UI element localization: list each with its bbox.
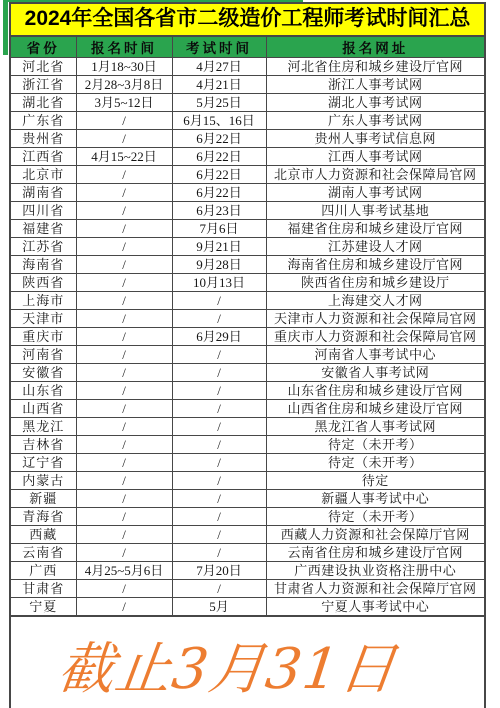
table-cell: /	[76, 346, 172, 364]
table-row: 浙江省2月28~3月8日4月21日浙江人事考试网	[10, 76, 485, 94]
table-row: 上海市//上海建交人才网	[10, 292, 485, 310]
table-row: 新疆//新疆人事考试中心	[10, 490, 485, 508]
table-cell: 陕西省住房和城乡建设厅	[266, 274, 485, 292]
table-row: 甘肃省//甘肃省人力资源和社会保障厅官网	[10, 580, 485, 598]
table-cell: /	[76, 130, 172, 148]
table-row: 陕西省/10月13日陕西省住房和城乡建设厅	[10, 274, 485, 292]
table-cell: 2月28~3月8日	[76, 76, 172, 94]
table-cell: 待定（未开考）	[266, 454, 485, 472]
table-cell: 5月	[172, 598, 266, 616]
table-cell: 上海市	[10, 292, 76, 310]
table-cell: /	[172, 292, 266, 310]
table-cell: 6月23日	[172, 202, 266, 220]
table-cell: /	[76, 472, 172, 490]
table-row: 四川省/6月23日四川人事考试基地	[10, 202, 485, 220]
table-row: 北京市/6月22日北京市人力资源和社会保障局官网	[10, 166, 485, 184]
table-cell: 宁夏	[10, 598, 76, 616]
table-cell: /	[172, 490, 266, 508]
table-cell: /	[172, 400, 266, 418]
table-cell: 重庆市	[10, 328, 76, 346]
table-cell: 广东人事考试网	[266, 112, 485, 130]
table-row: 辽宁省//待定（未开考）	[10, 454, 485, 472]
table-cell: /	[172, 580, 266, 598]
table-cell: 河南省人事考试中心	[266, 346, 485, 364]
table-cell: 4月27日	[172, 58, 266, 76]
table-cell: 陕西省	[10, 274, 76, 292]
table-row: 内蒙古//待定	[10, 472, 485, 490]
table-cell: 新疆人事考试中心	[266, 490, 485, 508]
table-cell: /	[76, 202, 172, 220]
table-cell: /	[76, 364, 172, 382]
table-row: 江苏省/9月21日江苏建设人才网	[10, 238, 485, 256]
table-cell: 浙江省	[10, 76, 76, 94]
table-cell: 7月20日	[172, 562, 266, 580]
table-row: 青海省//待定（未开考）	[10, 508, 485, 526]
table-cell: 贵州省	[10, 130, 76, 148]
table-cell: 江西省	[10, 148, 76, 166]
table-row: 广东省/6月15、16日广东人事考试网	[10, 112, 485, 130]
table-cell: 西藏	[10, 526, 76, 544]
table-cell: /	[172, 544, 266, 562]
exam-schedule-sheet: 2024年全国各省市二级造价工程师考试时间汇总 省份报名时间考试时间报名网址 河…	[9, 2, 486, 708]
page: { "page_title": "2024年全国各省市二级造价工程师考试时间汇总…	[0, 0, 500, 708]
table-cell: 辽宁省	[10, 454, 76, 472]
table-cell: 1月18~30日	[76, 58, 172, 76]
table-row: 西藏//西藏人力资源和社会保障厅官网	[10, 526, 485, 544]
table-row: 天津市//天津市人力资源和社会保障局官网	[10, 310, 485, 328]
table-row: 贵州省/6月22日贵州人事考试信息网	[10, 130, 485, 148]
table-cell: 4月15~22日	[76, 148, 172, 166]
table-cell: /	[76, 418, 172, 436]
table-cell: 上海建交人才网	[266, 292, 485, 310]
table-cell: 湖南人事考试网	[266, 184, 485, 202]
table-row: 广西4月25~5月6日7月20日广西建设执业资格注册中心	[10, 562, 485, 580]
table-cell: /	[172, 508, 266, 526]
table-cell: 7月6日	[172, 220, 266, 238]
table-cell: 湖南省	[10, 184, 76, 202]
table-cell: /	[172, 418, 266, 436]
table-cell: /	[76, 436, 172, 454]
table-cell: 6月22日	[172, 148, 266, 166]
table-cell: /	[76, 274, 172, 292]
table-cell: 云南省住房和城乡建设厅官网	[266, 544, 485, 562]
table-cell: 待定（未开考）	[266, 508, 485, 526]
table-cell: 广东省	[10, 112, 76, 130]
table-row: 安徽省//安徽省人事考试网	[10, 364, 485, 382]
table-cell: 6月22日	[172, 130, 266, 148]
table-cell: 贵州人事考试信息网	[266, 130, 485, 148]
table-cell: 新疆	[10, 490, 76, 508]
table-cell: 待定（未开考）	[266, 436, 485, 454]
table-cell: 西藏人力资源和社会保障厅官网	[266, 526, 485, 544]
table-cell: 福建省住房和城乡建设厅官网	[266, 220, 485, 238]
table-cell: 6月22日	[172, 166, 266, 184]
table-cell: 10月13日	[172, 274, 266, 292]
table-cell: 9月21日	[172, 238, 266, 256]
table-cell: 海南省住房和城乡建设厅官网	[266, 256, 485, 274]
table-cell: 广西建设执业资格注册中心	[266, 562, 485, 580]
table-cell: /	[76, 220, 172, 238]
table-row: 山东省//山东省住房和城乡建设厅官网	[10, 382, 485, 400]
deadline-note: 截止3月31日	[54, 625, 402, 705]
table-cell: 重庆市人力资源和社会保障局官网	[266, 328, 485, 346]
table-cell: 福建省	[10, 220, 76, 238]
table-row: 云南省//云南省住房和城乡建设厅官网	[10, 544, 485, 562]
table-cell: 海南省	[10, 256, 76, 274]
table-cell: /	[76, 328, 172, 346]
table-row: 福建省/7月6日福建省住房和城乡建设厅官网	[10, 220, 485, 238]
table-cell: /	[76, 544, 172, 562]
table-row: 海南省/9月28日海南省住房和城乡建设厅官网	[10, 256, 485, 274]
table-cell: /	[76, 526, 172, 544]
table-cell: 黑龙江省人事考试网	[266, 418, 485, 436]
green-top-accent	[3, 0, 303, 2]
table-cell: /	[76, 580, 172, 598]
table-cell: 江苏省	[10, 238, 76, 256]
table-cell: 6月15、16日	[172, 112, 266, 130]
table-row: 江西省4月15~22日6月22日江西人事考试网	[10, 148, 485, 166]
table-cell: 甘肃省人力资源和社会保障厅官网	[266, 580, 485, 598]
table-cell: /	[172, 364, 266, 382]
table-cell: 安徽省人事考试网	[266, 364, 485, 382]
table-cell: 内蒙古	[10, 472, 76, 490]
table-cell: /	[76, 598, 172, 616]
table-row: 河北省1月18~30日4月27日河北省住房和城乡建设厅官网	[10, 58, 485, 76]
table-cell: /	[76, 292, 172, 310]
table-row: 重庆市/6月29日重庆市人力资源和社会保障局官网	[10, 328, 485, 346]
table-cell: /	[172, 454, 266, 472]
table-cell: 青海省	[10, 508, 76, 526]
table-cell: 9月28日	[172, 256, 266, 274]
table-cell: 甘肃省	[10, 580, 76, 598]
table-cell: /	[76, 400, 172, 418]
table-cell: /	[76, 112, 172, 130]
table-cell: 黑龙江	[10, 418, 76, 436]
header-cell: 报名时间	[76, 36, 172, 58]
table-cell: /	[76, 454, 172, 472]
table-cell: /	[172, 436, 266, 454]
table-cell: 4月21日	[172, 76, 266, 94]
table-cell: /	[76, 310, 172, 328]
page-title: 2024年全国各省市二级造价工程师考试时间汇总	[9, 2, 486, 35]
table-cell: 河南省	[10, 346, 76, 364]
table-cell: 天津市人力资源和社会保障局官网	[266, 310, 485, 328]
table-row: 湖南省/6月22日湖南人事考试网	[10, 184, 485, 202]
table-cell: 宁夏人事考试中心	[266, 598, 485, 616]
deadline-area: 截止3月31日	[9, 617, 486, 708]
table-cell: /	[76, 166, 172, 184]
table-cell: /	[172, 472, 266, 490]
table-cell: /	[76, 508, 172, 526]
table-cell: 浙江人事考试网	[266, 76, 485, 94]
table-row: 黑龙江//黑龙江省人事考试网	[10, 418, 485, 436]
table-row: 山西省//山西省住房和城乡建设厅官网	[10, 400, 485, 418]
table-cell: 3月5~12日	[76, 94, 172, 112]
table-cell: /	[172, 382, 266, 400]
table-cell: 北京市	[10, 166, 76, 184]
table-cell: /	[172, 346, 266, 364]
green-accent-strip	[3, 1, 8, 55]
table-cell: 湖北省	[10, 94, 76, 112]
table-cell: 四川省	[10, 202, 76, 220]
table-cell: 山东省住房和城乡建设厅官网	[266, 382, 485, 400]
table-cell: /	[76, 382, 172, 400]
table-cell: /	[76, 184, 172, 202]
table-cell: /	[76, 256, 172, 274]
table-cell: 安徽省	[10, 364, 76, 382]
table-cell: /	[172, 310, 266, 328]
table-cell: 江苏建设人才网	[266, 238, 485, 256]
table-cell: 河北省	[10, 58, 76, 76]
table-cell: 河北省住房和城乡建设厅官网	[266, 58, 485, 76]
table-cell: 广西	[10, 562, 76, 580]
table-cell: /	[76, 490, 172, 508]
header-cell: 省份	[10, 36, 76, 58]
exam-schedule-table: 省份报名时间考试时间报名网址 河北省1月18~30日4月27日河北省住房和城乡建…	[9, 35, 486, 617]
table-cell: 云南省	[10, 544, 76, 562]
table-cell: 4月25~5月6日	[76, 562, 172, 580]
table-cell: /	[172, 526, 266, 544]
table-cell: 北京市人力资源和社会保障局官网	[266, 166, 485, 184]
table-cell: 山西省住房和城乡建设厅官网	[266, 400, 485, 418]
table-cell: 吉林省	[10, 436, 76, 454]
table-cell: 山西省	[10, 400, 76, 418]
table-cell: 待定	[266, 472, 485, 490]
table-cell: 江西人事考试网	[266, 148, 485, 166]
table-cell: 6月29日	[172, 328, 266, 346]
table-header-row: 省份报名时间考试时间报名网址	[10, 36, 485, 58]
header-cell: 考试时间	[172, 36, 266, 58]
table-cell: 5月25日	[172, 94, 266, 112]
table-cell: 湖北人事考试网	[266, 94, 485, 112]
table-row: 湖北省3月5~12日5月25日湖北人事考试网	[10, 94, 485, 112]
table-row: 宁夏/5月宁夏人事考试中心	[10, 598, 485, 616]
table-cell: 天津市	[10, 310, 76, 328]
table-row: 吉林省//待定（未开考）	[10, 436, 485, 454]
table-cell: 山东省	[10, 382, 76, 400]
header-cell: 报名网址	[266, 36, 485, 58]
table-row: 河南省//河南省人事考试中心	[10, 346, 485, 364]
table-cell: 6月22日	[172, 184, 266, 202]
table-cell: 四川人事考试基地	[266, 202, 485, 220]
table-cell: /	[76, 238, 172, 256]
